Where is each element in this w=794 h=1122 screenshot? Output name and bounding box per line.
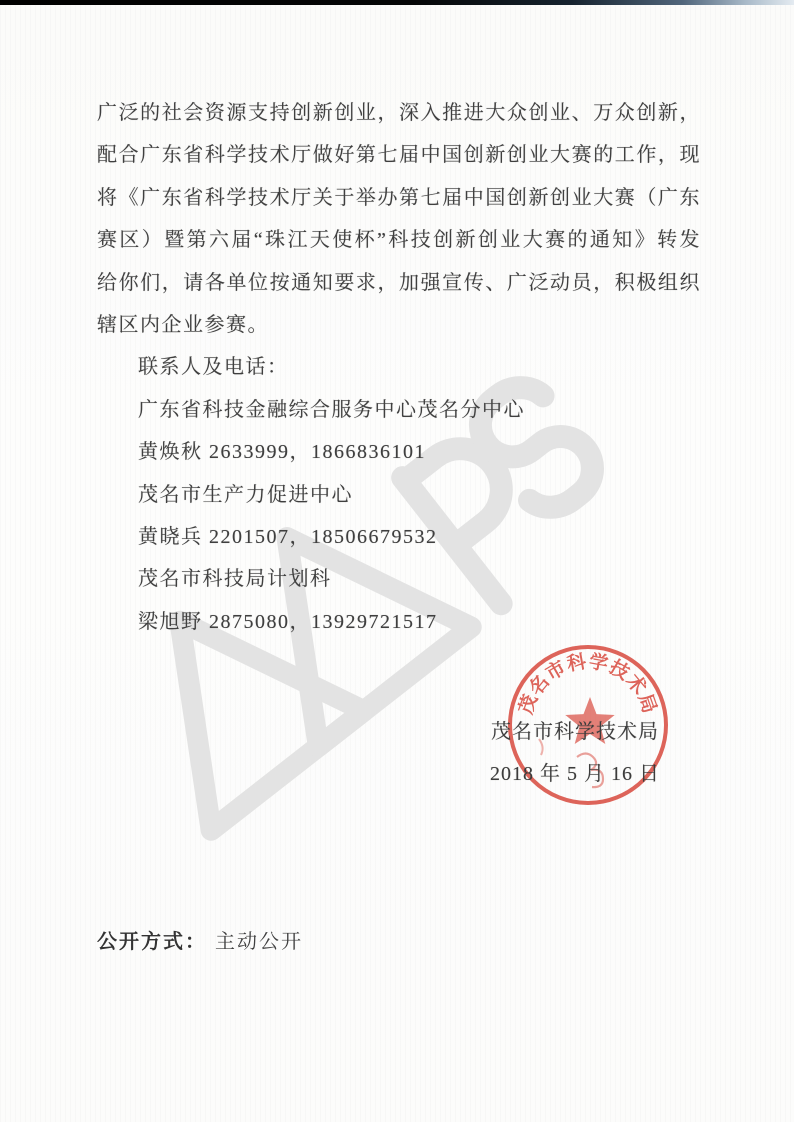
contact-line: 黄焕秋 2633999，1866836101 bbox=[97, 431, 701, 473]
paragraph-line: 给你们，请各单位按通知要求，加强宣传、广泛动员，积极组织 bbox=[97, 262, 701, 304]
paragraph-line: 赛区）暨第六届“珠江天使杯”科技创新创业大赛的通知》转发 bbox=[97, 219, 701, 261]
contact-line: 茂名市科技局计划科 bbox=[97, 558, 701, 600]
paragraph-line: 配合广东省科学技术厅做好第七届中国创新创业大赛的工作，现 bbox=[97, 134, 701, 176]
signature-block: 茂名市科学技术局 2018 年 5 月 16 日 bbox=[460, 711, 690, 795]
contact-heading: 联系人及电话： bbox=[97, 346, 701, 388]
disclosure-label: 公开方式： bbox=[97, 931, 207, 953]
contact-line: 梁旭野 2875080，13929721517 bbox=[97, 601, 701, 643]
signing-date: 2018 年 5 月 16 日 bbox=[460, 753, 690, 795]
paragraph-line: 将《广东省科学技术厅关于举办第七届中国创新创业大赛（广东 bbox=[97, 177, 701, 219]
paragraph-line: 辖区内企业参赛。 bbox=[97, 304, 701, 346]
signing-organization: 茂名市科学技术局 bbox=[460, 711, 690, 753]
disclosure-line: 公开方式：主动公开 bbox=[97, 925, 303, 954]
disclosure-value: 主动公开 bbox=[215, 931, 303, 953]
scanned-document-page: 茂名市科学技术局 广泛的社会资源支持创新创业，深入推进大众创业、万众创新， 配合… bbox=[0, 0, 794, 1122]
paragraph-line: 广泛的社会资源支持创新创业，深入推进大众创业、万众创新， bbox=[97, 92, 701, 134]
contact-line: 黄晓兵 2201507，18506679532 bbox=[97, 516, 701, 558]
contact-line: 茂名市生产力促进中心 bbox=[97, 474, 701, 516]
seal-arc-text: 茂名市科学技术局 bbox=[514, 649, 661, 717]
document-body: 广泛的社会资源支持创新创业，深入推进大众创业、万众创新， 配合广东省科学技术厅做… bbox=[97, 92, 701, 643]
seal-arc-textpath: 茂名市科学技术局 bbox=[514, 649, 661, 717]
contact-line: 广东省科技金融综合服务中心茂名分中心 bbox=[97, 389, 701, 431]
scanner-top-edge-artifact bbox=[0, 0, 794, 5]
